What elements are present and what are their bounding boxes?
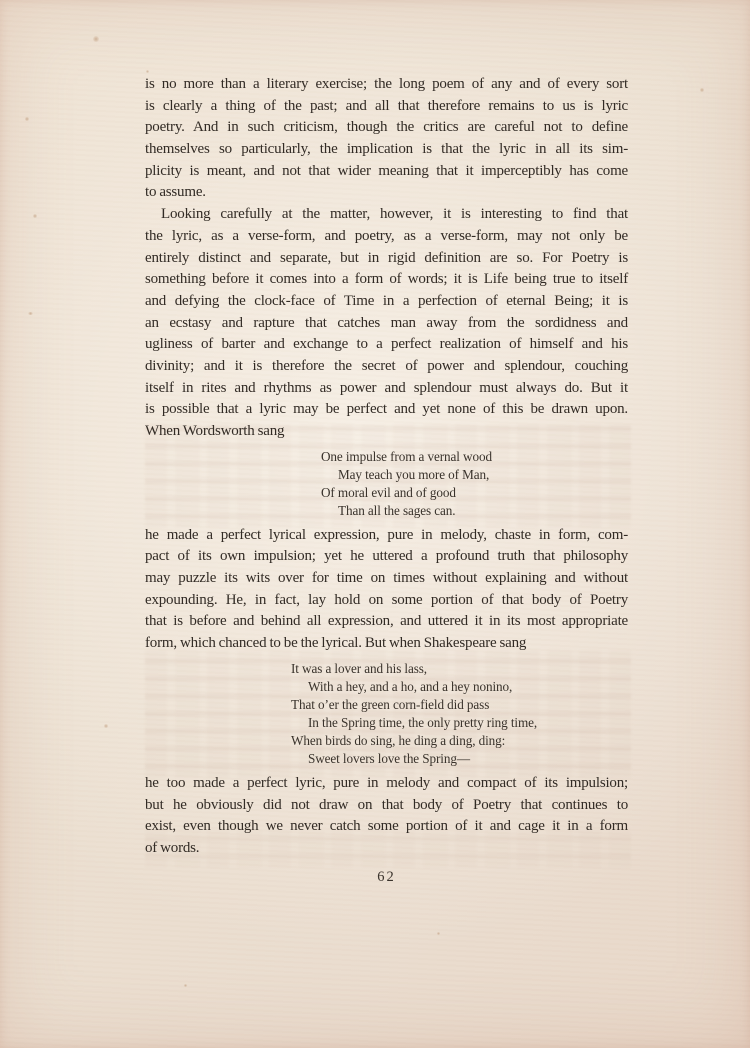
verse-line: May teach you more of Man, <box>321 466 628 484</box>
text-line: When Wordsworth sang <box>145 421 628 443</box>
text-line: may puzzle its wits over for time on tim… <box>145 568 628 590</box>
text-line: is clearly a thing of the past; and all … <box>145 96 628 118</box>
verse-line: In the Spring time, the only pretty ring… <box>291 714 628 732</box>
text-line: he too made a perfect lyric, pure in mel… <box>145 773 628 795</box>
foxing-spot <box>437 932 440 935</box>
text-line: plicity is meant, and not that wider mea… <box>145 161 628 183</box>
foxing-spot <box>93 36 99 42</box>
foxing-spot <box>33 214 37 218</box>
text-line: and defying the clock-face of Time in a … <box>145 291 628 313</box>
text-line: that is before and behind all expression… <box>145 611 628 633</box>
text-line: he made a perfect lyrical expression, pu… <box>145 525 628 547</box>
foxing-spot <box>700 88 704 92</box>
foxing-spot <box>146 70 149 73</box>
shakespeare-quote: It was a lover and his lass,With a hey, … <box>291 660 628 768</box>
text-line: of words. <box>145 838 628 860</box>
page-number: 62 <box>145 869 628 886</box>
foxing-spot <box>104 724 108 728</box>
paragraph-1: is no more than a literary exercise; the… <box>145 74 628 204</box>
text-line: expounding. He, in fact, lay hold on som… <box>145 590 628 612</box>
verse-line: One impulse from a vernal wood <box>321 448 628 466</box>
foxing-spot <box>25 117 29 121</box>
text-line: poetry. And in such criticism, though th… <box>145 117 628 139</box>
text-line: is possible that a lyric may be perfect … <box>145 399 628 421</box>
text-line: is no more than a literary exercise; the… <box>145 74 628 96</box>
text-line: divinity; and it is therefore the secret… <box>145 356 628 378</box>
foxing-spot <box>28 312 33 315</box>
text-block: is no more than a literary exercise; the… <box>145 74 628 886</box>
paragraph-4: he too made a perfect lyric, pure in mel… <box>145 773 628 860</box>
verse-line: Than all the sages can. <box>321 502 628 520</box>
verse-line: Of moral evil and of good <box>321 484 628 502</box>
text-line: ugliness of barter and exchange to a per… <box>145 334 628 356</box>
verse-line: It was a lover and his lass, <box>291 660 628 678</box>
text-line: itself in rites and rhythms as power and… <box>145 378 628 400</box>
foxing-spot <box>184 984 187 987</box>
wordsworth-quote: One impulse from a vernal woodMay teach … <box>321 448 628 520</box>
text-line: an ecstasy and rapture that catches man … <box>145 313 628 335</box>
text-line: the lyric, as a verse-form, and poetry, … <box>145 226 628 248</box>
text-line: to assume. <box>145 182 628 204</box>
verse-line: That o’er the green corn-field did pass <box>291 696 628 714</box>
paragraph-3: he made a perfect lyrical expression, pu… <box>145 525 628 655</box>
text-line: something before it comes into a form of… <box>145 269 628 291</box>
text-line: themselves so particularly, the implicat… <box>145 139 628 161</box>
text-line: entirely distinct and separate, but in r… <box>145 248 628 270</box>
verse-line: With a hey, and a ho, and a hey nonino, <box>291 678 628 696</box>
text-line: Looking carefully at the matter, however… <box>145 204 628 226</box>
verse-line: Sweet lovers love the Spring— <box>291 750 628 768</box>
verse-line: When birds do sing, he ding a ding, ding… <box>291 732 628 750</box>
book-page-scan: is no more than a literary exercise; the… <box>0 0 750 1048</box>
text-line: pact of its own impulsion; yet he uttere… <box>145 546 628 568</box>
text-line: exist, even though we never catch some p… <box>145 816 628 838</box>
text-line: form, which chanced to be the lyrical. B… <box>145 633 628 655</box>
paragraph-2: Looking carefully at the matter, however… <box>145 204 628 443</box>
text-line: but he obviously did not draw on that bo… <box>145 795 628 817</box>
